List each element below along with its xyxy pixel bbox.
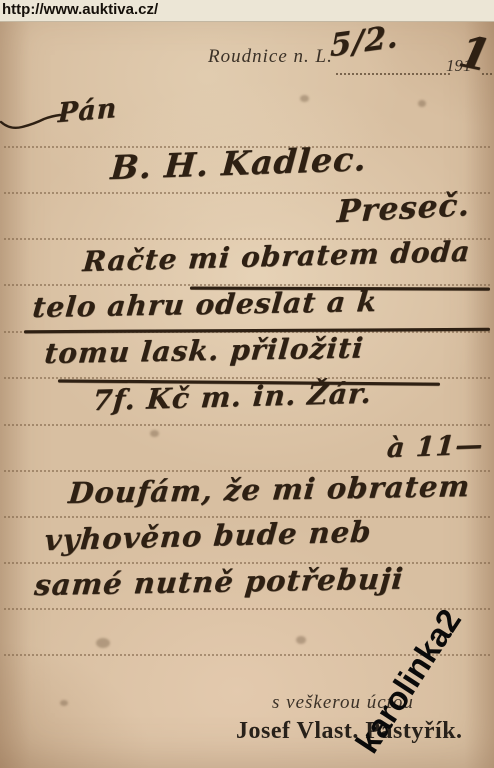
printed-signature: Josef Vlast. Pastyřík. — [236, 718, 463, 745]
source-url-banner: http://www.auktiva.cz/ — [0, 0, 494, 22]
pen-flourish — [0, 108, 62, 136]
handwritten-line: à 11— — [386, 430, 485, 464]
handwritten-addressee: B. H. Kadlec. — [109, 139, 368, 187]
stain-speck — [60, 700, 68, 706]
postcard-scan: Roudnice n. L. 5/2. 191 1 Pán B. H. Kadl… — [0, 0, 494, 768]
handwritten-line: vyhověno bude neb — [43, 514, 373, 557]
stain-speck — [418, 100, 426, 107]
handwritten-date: 5/2. — [330, 18, 399, 64]
handwritten-line: Doufám, že mi obratem — [67, 469, 472, 510]
handwritten-line: telo ahru odeslat a k — [31, 285, 379, 324]
handwritten-town: Preseč. — [336, 187, 471, 230]
date-leader-dots — [336, 73, 450, 75]
source-url-text: http://www.auktiva.cz/ — [2, 1, 158, 18]
ruled-line — [4, 424, 490, 426]
stain-speck — [150, 430, 159, 437]
stain-speck — [300, 95, 309, 102]
handwritten-line: tomu lask. přiložiti — [43, 331, 365, 370]
stain-speck — [96, 638, 110, 648]
handwritten-line: Račte mi obratem doda — [81, 235, 471, 278]
handwritten-line: samé nutně potřebuji — [33, 562, 405, 603]
handwritten-salutation: Pán — [57, 93, 117, 129]
stain-speck — [296, 636, 306, 644]
ruled-line — [4, 608, 490, 610]
printed-place-name: Roudnice n. L. — [208, 46, 333, 68]
